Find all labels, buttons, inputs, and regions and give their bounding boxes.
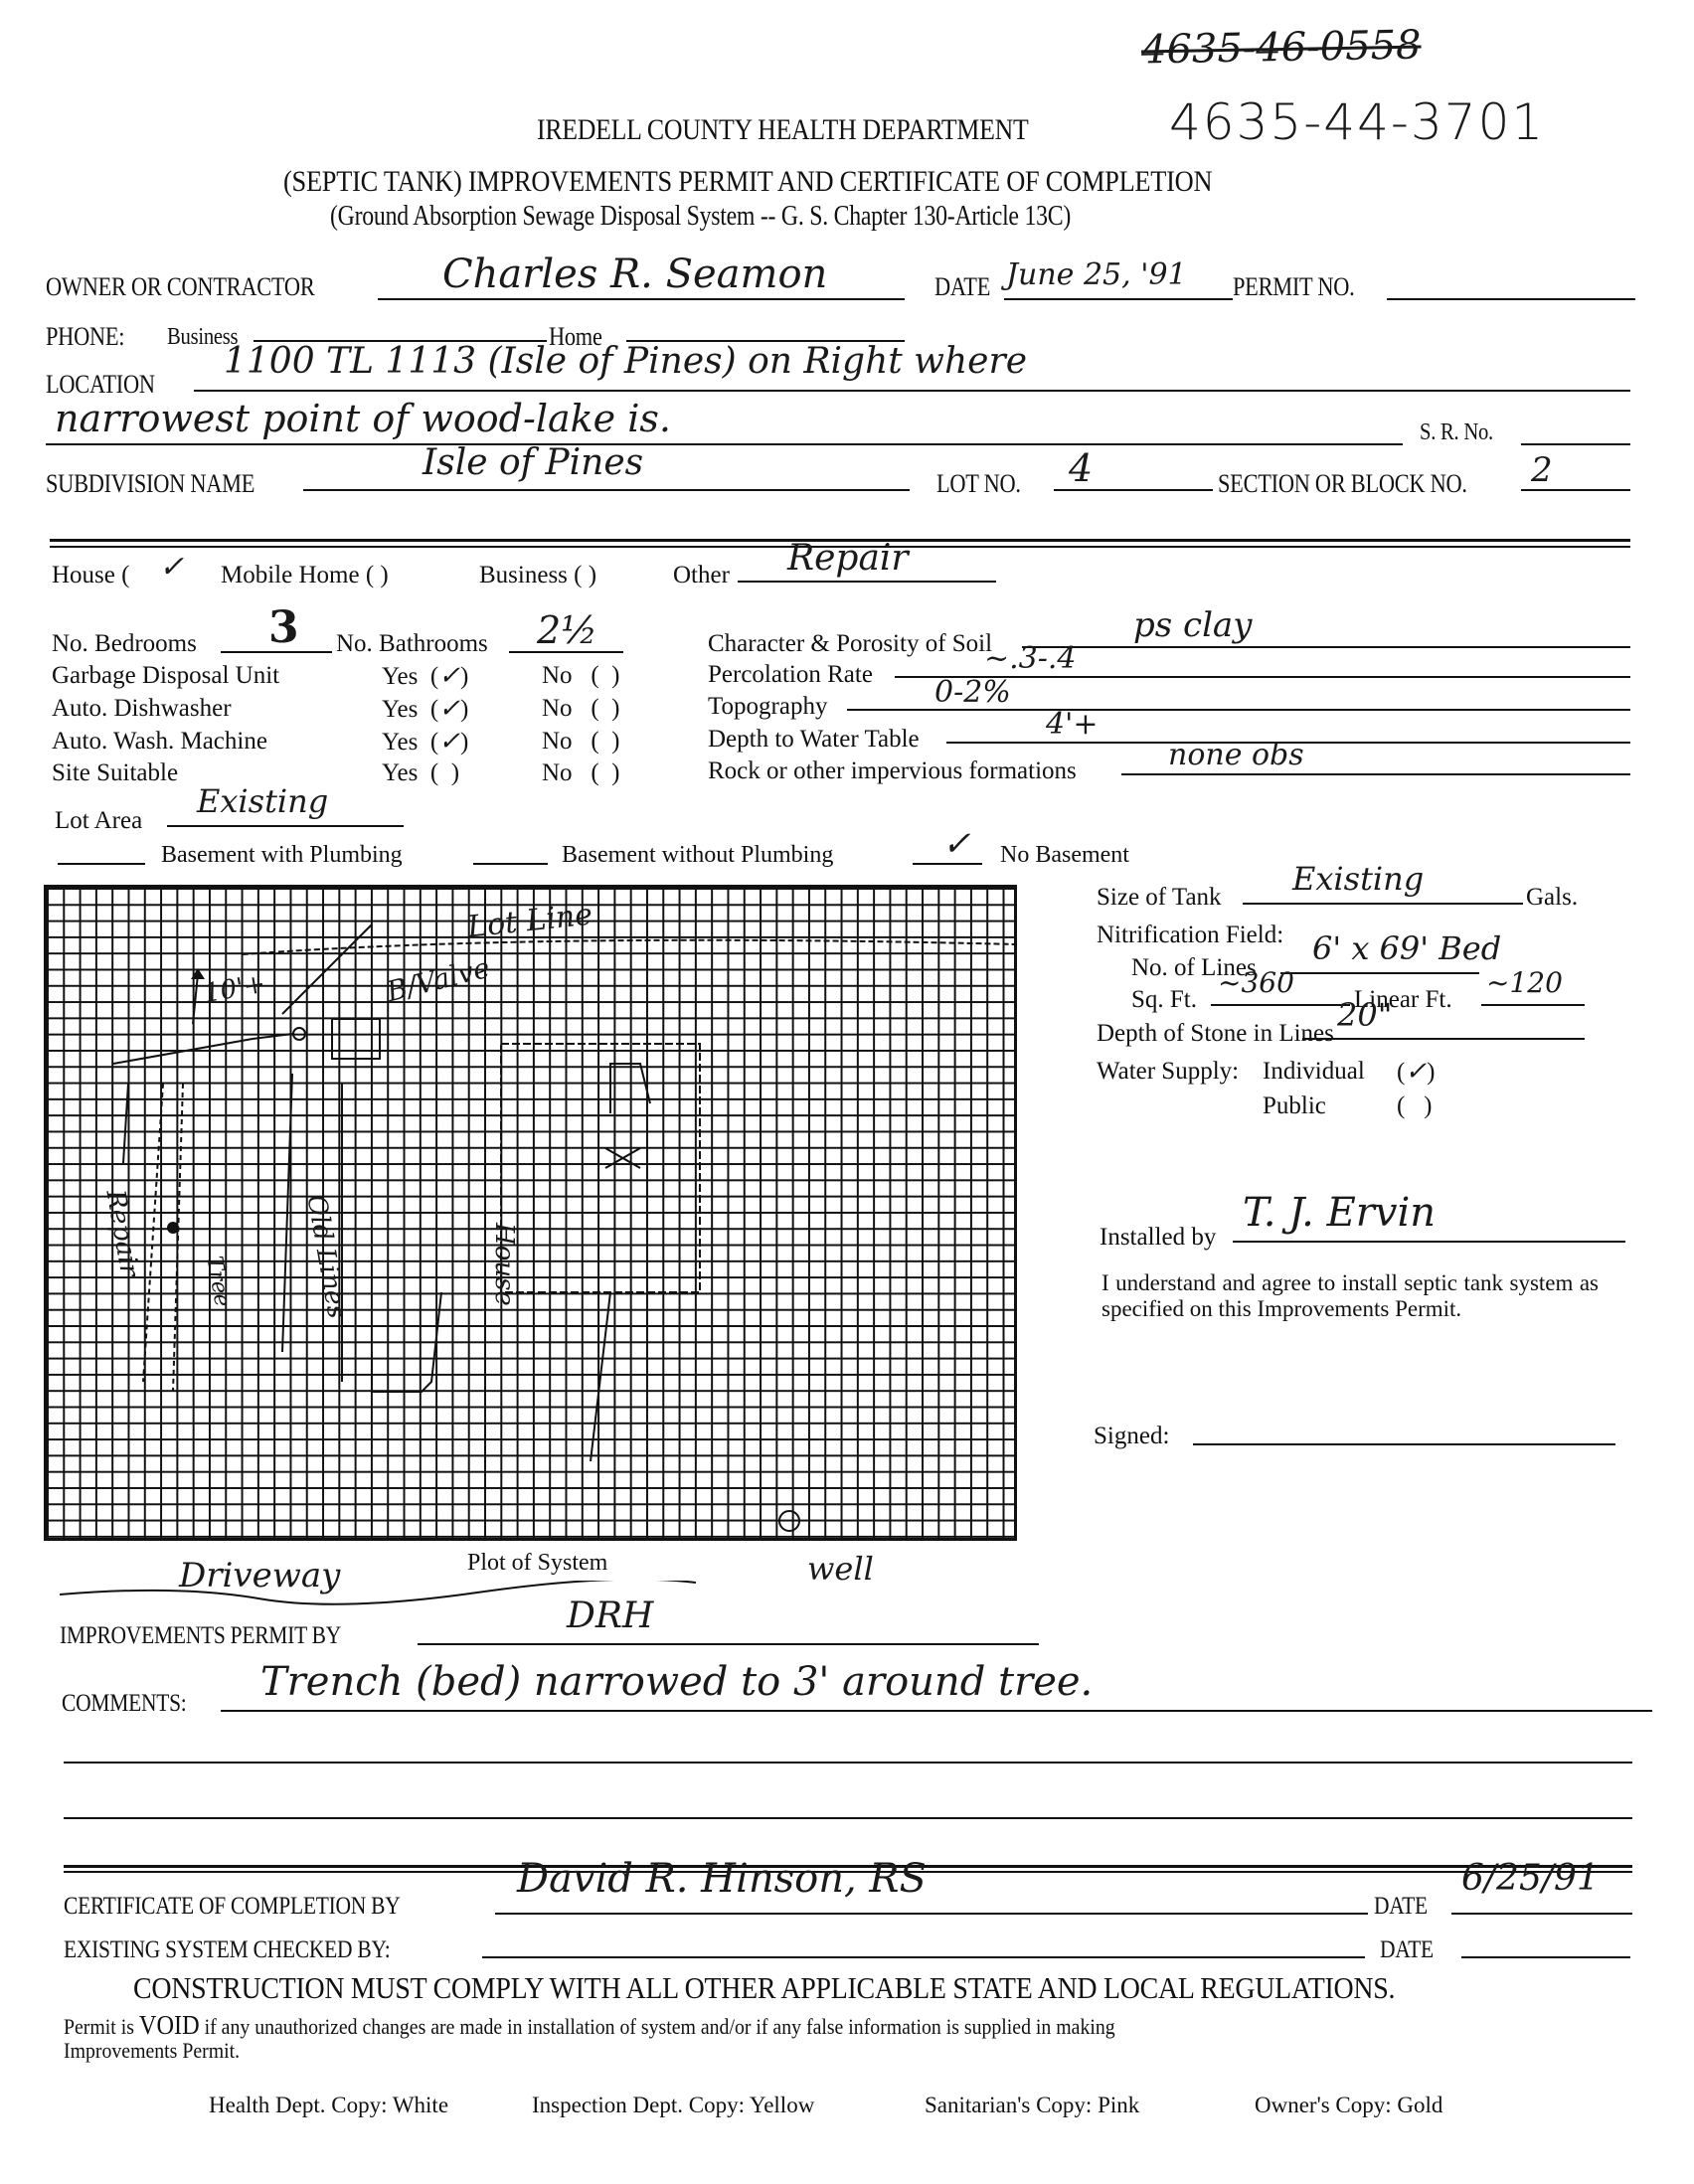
date-label: DATE: [934, 272, 990, 302]
other-line: [738, 581, 996, 583]
other-field[interactable]: Repair: [787, 541, 909, 577]
subdivision-label: SUBDIVISION NAME: [46, 469, 254, 499]
tank-size-field[interactable]: Existing: [1292, 863, 1424, 895]
no-of-lines-field[interactable]: 6' x 69' Bed: [1312, 932, 1501, 964]
no-basement-mark: ✓: [942, 827, 971, 861]
plot-label-well: well: [807, 1553, 874, 1585]
nitrification-field-label: Nitrification Field:: [1097, 923, 1283, 947]
basement-no-plumbing-checkbox[interactable]: [473, 863, 548, 865]
site-suitable-label: Site Suitable: [52, 760, 178, 785]
basement-plumbing-checkbox[interactable]: [58, 863, 145, 865]
lot-area-field[interactable]: Existing: [197, 785, 328, 817]
water-supply-label: Water Supply:: [1097, 1059, 1239, 1084]
lot-no-field[interactable]: 4: [1069, 449, 1093, 487]
certificate-field[interactable]: David R. Hinson, RS: [517, 1859, 927, 1899]
form-subtitle: (Ground Absorption Sewage Disposal Syste…: [330, 201, 1071, 233]
basement-no-plumbing-label: Basement without Plumbing: [562, 843, 833, 867]
existing-system-field[interactable]: [482, 1956, 1365, 1958]
soil-character-label: Character & Porosity of Soil: [708, 631, 992, 656]
lot-no-label: LOT NO.: [936, 469, 1021, 499]
install-statement: I understand and agree to install septic…: [1101, 1270, 1599, 1322]
subdivision-line: [303, 489, 910, 491]
percolation-label: Percolation Rate: [708, 662, 873, 687]
stone-depth-label: Depth of Stone in Lines: [1097, 1021, 1334, 1046]
installed-by-field[interactable]: T. J. Ervin: [1243, 1193, 1436, 1233]
topography-field[interactable]: 0-2%: [934, 678, 1011, 708]
dishwasher-label: Auto. Dishwasher: [52, 696, 232, 721]
gals-label: Gals.: [1526, 885, 1578, 910]
owner-field-line: [378, 298, 905, 300]
plot-grid: [44, 885, 1017, 1541]
existing-system-label: EXISTING SYSTEM CHECKED BY:: [64, 1936, 391, 1964]
lot-area-label: Lot Area: [55, 808, 142, 833]
certificate-line: [495, 1913, 1368, 1915]
linear-ft-field[interactable]: ~120: [1486, 969, 1563, 997]
stone-depth-field[interactable]: 20": [1337, 999, 1392, 1031]
business-checkbox[interactable]: Business ( ): [479, 563, 596, 588]
compliance-notice: CONSTRUCTION MUST COMPLY WITH ALL OTHER …: [133, 1970, 1395, 2006]
tank-size-line: [1243, 903, 1523, 905]
certificate-date-label: DATE: [1374, 1893, 1428, 1921]
wash-machine-label: Auto. Wash. Machine: [52, 729, 267, 754]
wash-machine-yes[interactable]: Yes (✓): [382, 729, 468, 755]
copy-inspection-dept: Inspection Dept. Copy: Yellow: [532, 2094, 814, 2116]
sq-ft-line: [1211, 1004, 1350, 1006]
bedrooms-field[interactable]: 3: [268, 606, 299, 650]
copy-health-dept: Health Dept. Copy: White: [209, 2094, 448, 2116]
date-field[interactable]: June 25, '91: [1006, 260, 1187, 290]
no-basement-label: No Basement: [1000, 843, 1129, 867]
parcel-number-new: 4635-44-3701: [1169, 97, 1545, 147]
sq-ft-label: Sq. Ft.: [1131, 987, 1197, 1012]
house-label: House (: [52, 563, 129, 588]
void-notice-line-2: Improvements Permit.: [64, 2038, 240, 2064]
certificate-label: CERTIFICATE OF COMPLETION BY: [64, 1893, 400, 1921]
date-field-line: [1004, 298, 1233, 300]
location-field-1[interactable]: 1100 TL 1113 (Isle of Pines) on Right wh…: [224, 344, 1027, 380]
rock-field[interactable]: none obs: [1168, 741, 1304, 770]
permit-by-field[interactable]: DRH: [567, 1598, 653, 1634]
subdivision-field[interactable]: Isle of Pines: [423, 445, 643, 481]
existing-date-label: DATE: [1380, 1936, 1434, 1964]
location-line-2: [46, 443, 1403, 445]
garbage-disposal-no[interactable]: No ( ): [542, 663, 619, 688]
wash-machine-no[interactable]: No ( ): [542, 729, 619, 754]
plot-label-house: House: [491, 1223, 517, 1306]
topography-label: Topography: [708, 694, 827, 719]
plot-caption: Plot of System: [467, 1551, 607, 1575]
signed-label: Signed:: [1094, 1424, 1169, 1448]
permit-no-label: PERMIT NO.: [1233, 272, 1354, 302]
permit-by-line: [418, 1643, 1039, 1645]
no-of-lines-line: [1280, 972, 1479, 974]
bathrooms-field[interactable]: 2½: [537, 611, 597, 649]
garbage-disposal-label: Garbage Disposal Unit: [52, 663, 279, 688]
owner-label: OWNER OR CONTRACTOR: [46, 272, 314, 302]
dishwasher-yes[interactable]: Yes (✓): [382, 696, 468, 722]
section-block-label: SECTION OR BLOCK NO.: [1218, 469, 1467, 499]
site-suitable-yes[interactable]: Yes ( ): [382, 760, 459, 785]
form-title: (SEPTIC TANK) IMPROVEMENTS PERMIT AND CE…: [283, 165, 1212, 199]
linear-ft-line: [1481, 1004, 1585, 1006]
location-line-1: [194, 390, 1630, 392]
public-label: Public: [1263, 1093, 1326, 1118]
installed-by-label: Installed by: [1100, 1225, 1216, 1250]
comments-line-3: [64, 1817, 1632, 1819]
permit-by-label: IMPROVEMENTS PERMIT BY: [60, 1622, 341, 1650]
sr-no-field[interactable]: [1521, 443, 1630, 445]
rock-line: [1121, 773, 1630, 775]
signed-field[interactable]: [1193, 1443, 1615, 1445]
existing-date-field[interactable]: [1461, 1956, 1630, 1958]
certificate-date-line: [1451, 1913, 1632, 1915]
stone-depth-line: [1302, 1038, 1585, 1040]
copy-sanitarian: Sanitarian's Copy: Pink: [925, 2094, 1139, 2116]
water-table-field[interactable]: 4'+: [1046, 710, 1098, 740]
department-title: IREDELL COUNTY HEALTH DEPARTMENT: [537, 113, 1028, 147]
basement-plumbing-label: Basement with Plumbing: [161, 843, 403, 867]
copy-owner: Owner's Copy: Gold: [1255, 2094, 1442, 2116]
void-notice: Permit is VOID if any unauthorized chang…: [64, 2010, 1115, 2041]
comments-line-1: [221, 1710, 1652, 1712]
rock-label: Rock or other impervious formations: [708, 758, 1077, 783]
sr-no-label: S. R. No.: [1420, 420, 1493, 446]
location-label: LOCATION: [46, 370, 155, 400]
mobile-home-checkbox[interactable]: Mobile Home ( ): [221, 563, 389, 588]
bathrooms-label: No. Bathrooms: [336, 631, 488, 656]
installed-by-line: [1233, 1241, 1625, 1243]
section-block-field[interactable]: 2: [1531, 453, 1553, 487]
phone-label: PHONE:: [46, 322, 124, 352]
soil-character-line: [1022, 646, 1630, 648]
other-label: Other: [673, 563, 730, 588]
house-checkbox[interactable]: ✓: [159, 553, 184, 583]
percolation-field[interactable]: ~.3-.4: [984, 644, 1077, 674]
certificate-date-field[interactable]: 6/25/91: [1461, 1861, 1600, 1897]
public-checkbox[interactable]: ( ): [1397, 1093, 1432, 1118]
comments-label: COMMENTS:: [62, 1690, 187, 1718]
water-table-label: Depth to Water Table: [708, 727, 920, 752]
individual-label: Individual: [1263, 1059, 1365, 1084]
site-suitable-no[interactable]: No ( ): [542, 760, 619, 785]
dishwasher-no[interactable]: No ( ): [542, 696, 619, 721]
owner-field[interactable]: Charles R. Seamon: [442, 254, 827, 294]
soil-character-field[interactable]: ps clay: [1133, 608, 1252, 642]
permit-no-field[interactable]: [1387, 298, 1635, 300]
tank-size-label: Size of Tank: [1097, 885, 1222, 910]
location-field-2[interactable]: narrowest point of wood-lake is.: [55, 400, 671, 437]
parcel-number-old: 4635-46-0558: [1141, 26, 1422, 71]
sq-ft-field[interactable]: ~360: [1218, 969, 1294, 997]
comments-line-2: [64, 1762, 1632, 1764]
bedrooms-label: No. Bedrooms: [52, 631, 197, 656]
individual-checkbox[interactable]: (✓): [1397, 1059, 1435, 1085]
garbage-disposal-yes[interactable]: Yes (✓): [382, 663, 468, 689]
comments-field[interactable]: Trench (bed) narrowed to 3' around tree.: [260, 1662, 1093, 1702]
lot-area-line: [167, 825, 404, 827]
